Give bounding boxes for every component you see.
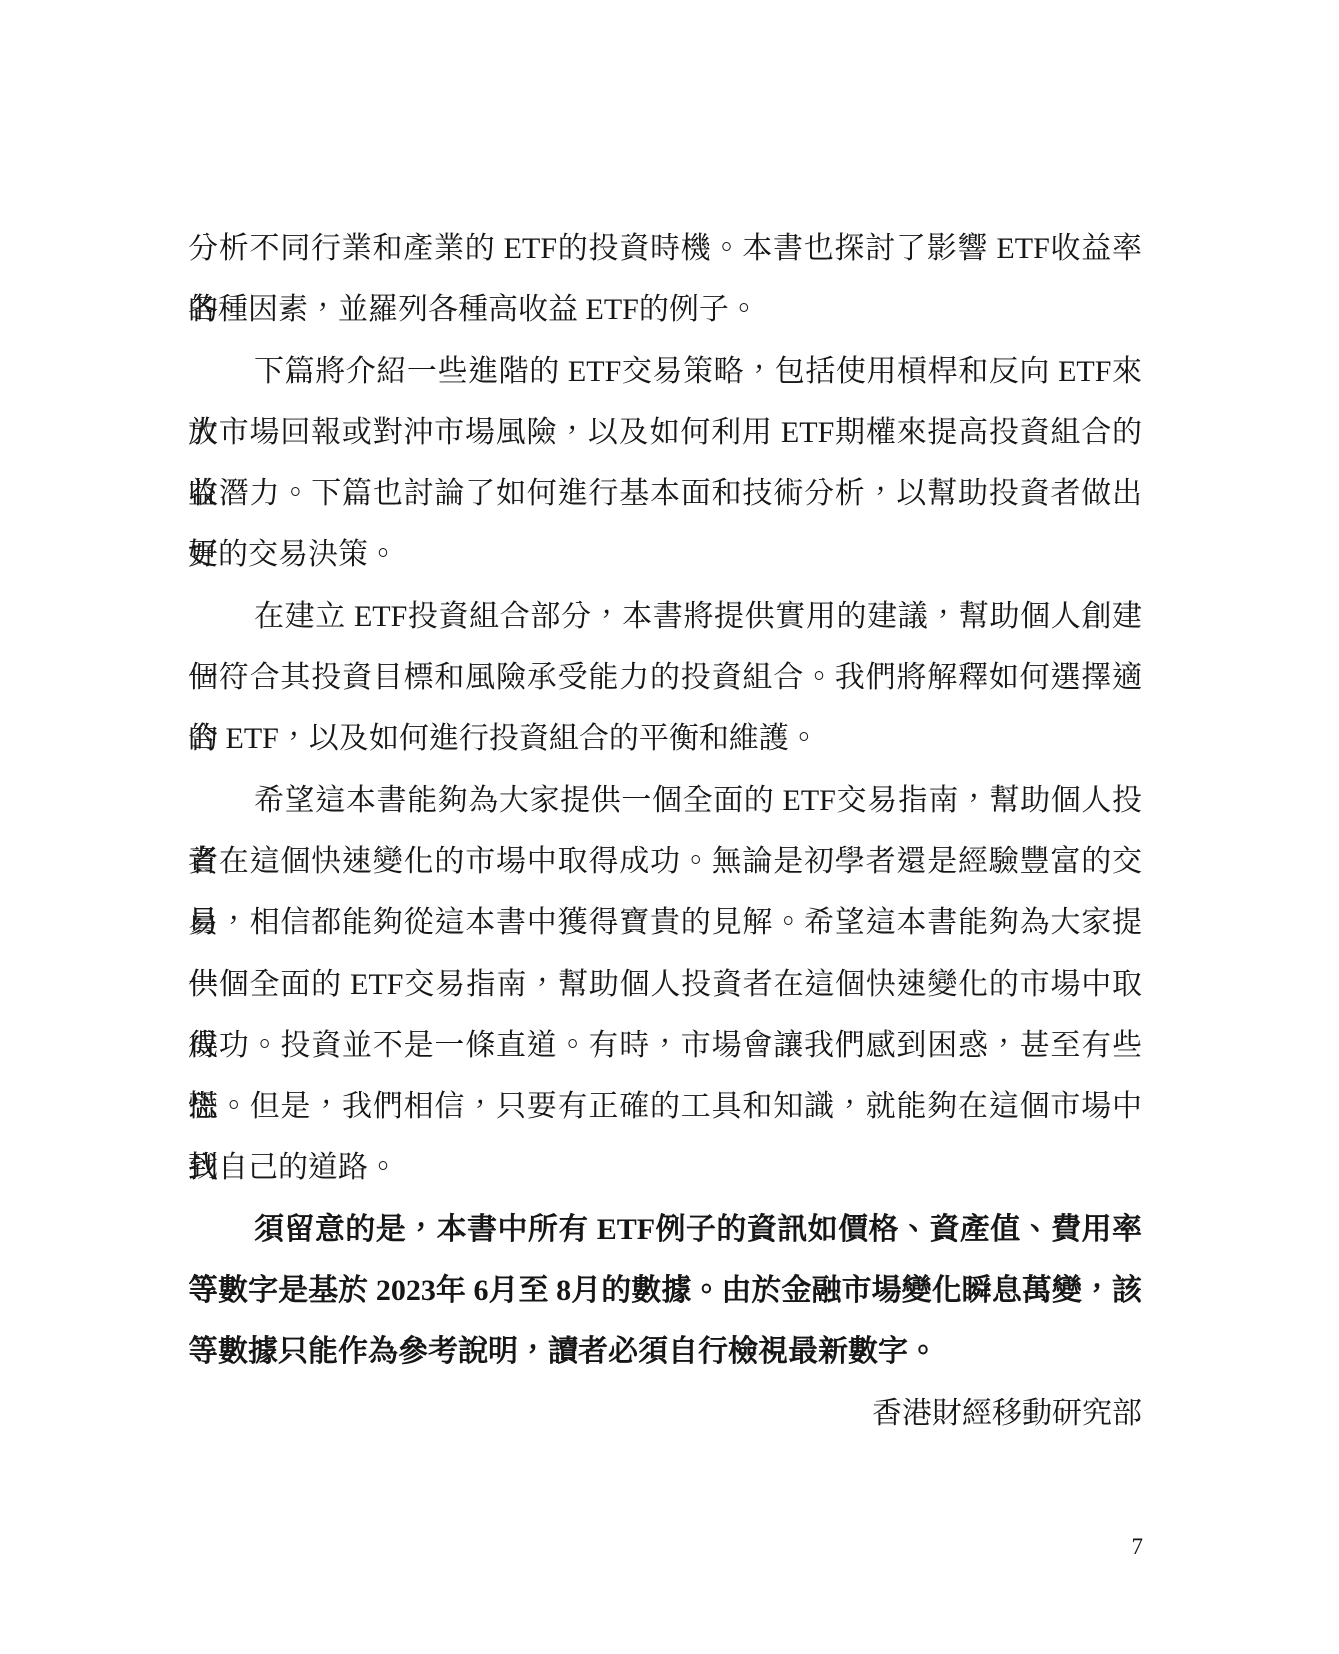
text-line: 員，相信都能夠從這本書中獲得寶貴的見解。希望這本書能夠為大家提供 [188,892,1142,953]
page-body: 分析不同行業和產業的 ETF的投資時機。本書也探討了影響 ETF收益率的各種因素… [188,218,1142,1444]
text-line: 好的交易決策。 [188,524,1142,585]
text-line: 者在這個快速變化的市場中取得成功。無論是初學者還是經驗豐富的交易 [188,831,1142,892]
text-line: 等數字是基於 2023年 6月至 8月的數據。由於金融市場變化瞬息萬變，該 [188,1260,1142,1321]
text-line: 個符合其投資目標和風險承受能力的投資組合。我們將解釋如何選擇適合 [188,647,1142,708]
text-line: 益潛力。下篇也討論了如何進行基本面和技術分析，以幫助投資者做出更 [188,463,1142,524]
text-line: 下篇將介紹一些進階的 ETF交易策略，包括使用槓桿和反向 ETF來放 [188,341,1142,402]
text-line: 慌。但是，我們相信，只要有正確的工具和知識，就能夠在這個市場中找 [188,1076,1142,1137]
text-line: 希望這本書能夠為大家提供一個全面的 ETF交易指南，幫助個人投資 [188,770,1142,831]
attribution: 香港財經移動研究部 [188,1383,1142,1444]
text-line: 等數據只能作為參考說明，讀者必須自行檢視最新數字。 [188,1321,1142,1382]
document-page: 分析不同行業和產業的 ETF的投資時機。本書也探討了影響 ETF收益率的各種因素… [0,0,1339,1654]
text-line: 大市場回報或對沖市場風險，以及如何利用 ETF期權來提高投資組合的收 [188,402,1142,463]
paragraphs-container: 分析不同行業和產業的 ETF的投資時機。本書也探討了影響 ETF收益率的各種因素… [188,218,1142,1383]
text-line: 須留意的是，本書中所有 ETF例子的資訊如價格、資產值、費用率等 [188,1199,1142,1260]
text-line: 的 ETF，以及如何進行投資組合的平衡和維護。 [188,708,1142,769]
text-line: 各種因素，並羅列各種高收益 ETF的例子。 [188,279,1142,340]
text-line: 成功。投資並不是一條直道。有時，市場會讓我們感到困惑，甚至有些恐 [188,1015,1142,1076]
text-line: 在建立 ETF投資組合部分，本書將提供實用的建議，幫助個人創建一 [188,586,1142,647]
text-line: 分析不同行業和產業的 ETF的投資時機。本書也探討了影響 ETF收益率的 [188,218,1142,279]
text-line: 一個全面的 ETF交易指南，幫助個人投資者在這個快速變化的市場中取得 [188,954,1142,1015]
page-number: 7 [1132,1534,1144,1559]
text-line: 到自己的道路。 [188,1137,1142,1198]
